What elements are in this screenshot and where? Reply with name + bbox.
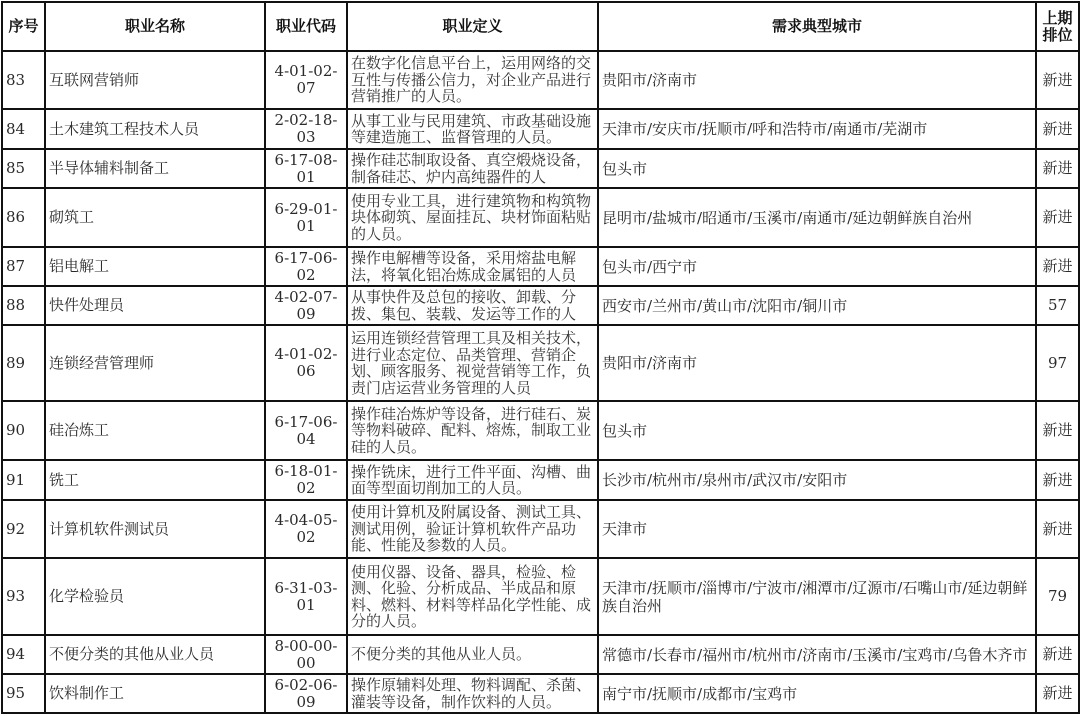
table-row: 84 土木建筑工程技术人员 2-02-18-03 从事工业与民用建筑、市政基础设… [2, 109, 1079, 149]
header-definition: 职业定义 [347, 2, 598, 51]
table-row: 95 饮料制作工 6-02-06-09 操作原辅料处理、物料调配、杀菌、灌装等设… [2, 674, 1079, 713]
cell-prev-rank: 新进 [1036, 635, 1079, 674]
header-name: 职业名称 [45, 2, 265, 51]
cell-seq: 89 [2, 325, 45, 401]
cell-name: 互联网营销师 [45, 51, 265, 109]
table-row: 94 不便分类的其他从业人员 8-00-00-00 不便分类的其他从业人员。 常… [2, 635, 1079, 674]
cell-prev-rank: 新进 [1036, 674, 1079, 713]
table-row: 83 互联网营销师 4-01-02-07 在数字化信息平台上，运用网络的交互性与… [2, 51, 1079, 109]
table-row: 86 砌筑工 6-29-01-01 使用专业工具，进行建筑物和构筑物块体砌筑、屋… [2, 188, 1079, 247]
header-code: 职业代码 [265, 2, 347, 51]
cell-seq: 84 [2, 109, 45, 149]
cell-seq: 94 [2, 635, 45, 674]
cell-prev-rank: 新进 [1036, 51, 1079, 109]
occupation-table: 序号 职业名称 职业代码 职业定义 需求典型城市 上期排位 83 互联网营销师 … [1, 1, 1080, 714]
cell-name: 砌筑工 [45, 188, 265, 247]
cell-name: 铣工 [45, 460, 265, 500]
cell-name: 半导体辅料制备工 [45, 149, 265, 188]
cell-definition: 运用连锁经营管理工具及相关技术，进行业态定位、品类管理、营销企划、顾客服务、视觉… [347, 325, 598, 401]
header-cities: 需求典型城市 [598, 2, 1036, 51]
cell-cities: 天津市 [598, 500, 1036, 558]
cell-cities: 贵阳市/济南市 [598, 325, 1036, 401]
cell-prev-rank: 新进 [1036, 149, 1079, 188]
cell-prev-rank: 79 [1036, 558, 1079, 635]
cell-definition: 在数字化信息平台上，运用网络的交互性与传播公信力，对企业产品进行营销推广的人员。 [347, 51, 598, 109]
cell-cities: 长沙市/杭州市/泉州市/武汉市/安阳市 [598, 460, 1036, 500]
cell-code: 6-02-06-09 [265, 674, 347, 713]
cell-definition: 不便分类的其他从业人员。 [347, 635, 598, 674]
cell-definition: 从事工业与民用建筑、市政基础设施等建造施工、监督管理的人员。 [347, 109, 598, 149]
cell-prev-rank: 57 [1036, 286, 1079, 325]
cell-cities: 西安市/兰州市/黄山市/沈阳市/铜川市 [598, 286, 1036, 325]
cell-name: 土木建筑工程技术人员 [45, 109, 265, 149]
cell-seq: 83 [2, 51, 45, 109]
table-row: 92 计算机软件测试员 4-04-05-02 使用计算机及附属设备、测试工具、测… [2, 500, 1079, 558]
table-row: 90 硅冶炼工 6-17-06-04 操作硅冶炼炉等设备，进行硅石、炭等物料破碎… [2, 401, 1079, 460]
cell-seq: 85 [2, 149, 45, 188]
cell-prev-rank: 新进 [1036, 247, 1079, 286]
cell-cities: 天津市/安庆市/抚顺市/呼和浩特市/南通市/芜湖市 [598, 109, 1036, 149]
cell-code: 4-01-02-06 [265, 325, 347, 401]
table-row: 89 连锁经营管理师 4-01-02-06 运用连锁经营管理工具及相关技术，进行… [2, 325, 1079, 401]
cell-code: 2-02-18-03 [265, 109, 347, 149]
cell-seq: 90 [2, 401, 45, 460]
cell-definition: 操作原辅料处理、物料调配、杀菌、灌装等设备，制作饮料的人员。 [347, 674, 598, 713]
table-row: 88 快件处理员 4-02-07-09 从事快件及总包的接收、卸载、分拨、集包、… [2, 286, 1079, 325]
cell-cities: 贵阳市/济南市 [598, 51, 1036, 109]
cell-code: 8-00-00-00 [265, 635, 347, 674]
cell-seq: 95 [2, 674, 45, 713]
cell-cities: 包头市/西宁市 [598, 247, 1036, 286]
cell-code: 6-17-06-02 [265, 247, 347, 286]
cell-cities: 包头市 [598, 401, 1036, 460]
cell-code: 4-02-07-09 [265, 286, 347, 325]
cell-code: 6-17-06-04 [265, 401, 347, 460]
cell-definition: 操作硅冶炼炉等设备，进行硅石、炭等物料破碎、配料、熔炼，制取工业硅的人员。 [347, 401, 598, 460]
cell-name: 快件处理员 [45, 286, 265, 325]
cell-cities: 南宁市/抚顺市/成都市/宝鸡市 [598, 674, 1036, 713]
cell-definition: 操作电解槽等设备，采用熔盐电解法，将氧化铝冶炼成金属铝的人员 [347, 247, 598, 286]
cell-seq: 87 [2, 247, 45, 286]
cell-prev-rank: 新进 [1036, 188, 1079, 247]
header-seq: 序号 [2, 2, 45, 51]
cell-seq: 86 [2, 188, 45, 247]
cell-name: 不便分类的其他从业人员 [45, 635, 265, 674]
cell-definition: 从事快件及总包的接收、卸载、分拨、集包、装载、发运等工作的人 [347, 286, 598, 325]
cell-prev-rank: 97 [1036, 325, 1079, 401]
cell-prev-rank: 新进 [1036, 500, 1079, 558]
cell-name: 铝电解工 [45, 247, 265, 286]
cell-code: 6-31-03-01 [265, 558, 347, 635]
cell-prev-rank: 新进 [1036, 460, 1079, 500]
cell-cities: 天津市/抚顺市/淄博市/宁波市/湘潭市/辽源市/石嘴山市/延边朝鲜族自治州 [598, 558, 1036, 635]
cell-seq: 92 [2, 500, 45, 558]
cell-cities: 包头市 [598, 149, 1036, 188]
cell-seq: 91 [2, 460, 45, 500]
table-row: 87 铝电解工 6-17-06-02 操作电解槽等设备，采用熔盐电解法，将氧化铝… [2, 247, 1079, 286]
cell-cities: 昆明市/盐城市/昭通市/玉溪市/南通市/延边朝鲜族自治州 [598, 188, 1036, 247]
cell-seq: 88 [2, 286, 45, 325]
cell-name: 化学检验员 [45, 558, 265, 635]
cell-definition: 使用仪器、设备、器具，检验、检测、化验、分析成品、半成品和原料、燃料、材料等样品… [347, 558, 598, 635]
cell-prev-rank: 新进 [1036, 401, 1079, 460]
cell-definition: 操作硅芯制取设备、真空煅烧设备，制备硅芯、炉内高纯器件的人 [347, 149, 598, 188]
cell-code: 4-01-02-07 [265, 51, 347, 109]
header-row: 序号 职业名称 职业代码 职业定义 需求典型城市 上期排位 [2, 2, 1079, 51]
cell-prev-rank: 新进 [1036, 109, 1079, 149]
table-row: 85 半导体辅料制备工 6-17-08-01 操作硅芯制取设备、真空煅烧设备，制… [2, 149, 1079, 188]
cell-code: 4-04-05-02 [265, 500, 347, 558]
cell-name: 连锁经营管理师 [45, 325, 265, 401]
cell-cities: 常德市/长春市/福州市/杭州市/济南市/玉溪市/宝鸡市/乌鲁木齐市 [598, 635, 1036, 674]
cell-definition: 使用计算机及附属设备、测试工具、测试用例，验证计算机软件产品功能、性能及参数的人… [347, 500, 598, 558]
cell-definition: 操作铣床，进行工件平面、沟槽、曲面等型面切削加工的人员。 [347, 460, 598, 500]
cell-code: 6-18-01-02 [265, 460, 347, 500]
header-prev-rank: 上期排位 [1036, 2, 1079, 51]
cell-code: 6-17-08-01 [265, 149, 347, 188]
cell-name: 饮料制作工 [45, 674, 265, 713]
cell-seq: 93 [2, 558, 45, 635]
cell-name: 硅冶炼工 [45, 401, 265, 460]
table-row: 91 铣工 6-18-01-02 操作铣床，进行工件平面、沟槽、曲面等型面切削加… [2, 460, 1079, 500]
cell-code: 6-29-01-01 [265, 188, 347, 247]
cell-name: 计算机软件测试员 [45, 500, 265, 558]
table-row: 93 化学检验员 6-31-03-01 使用仪器、设备、器具，检验、检测、化验、… [2, 558, 1079, 635]
cell-definition: 使用专业工具，进行建筑物和构筑物块体砌筑、屋面挂瓦、块材饰面粘贴的人员。 [347, 188, 598, 247]
